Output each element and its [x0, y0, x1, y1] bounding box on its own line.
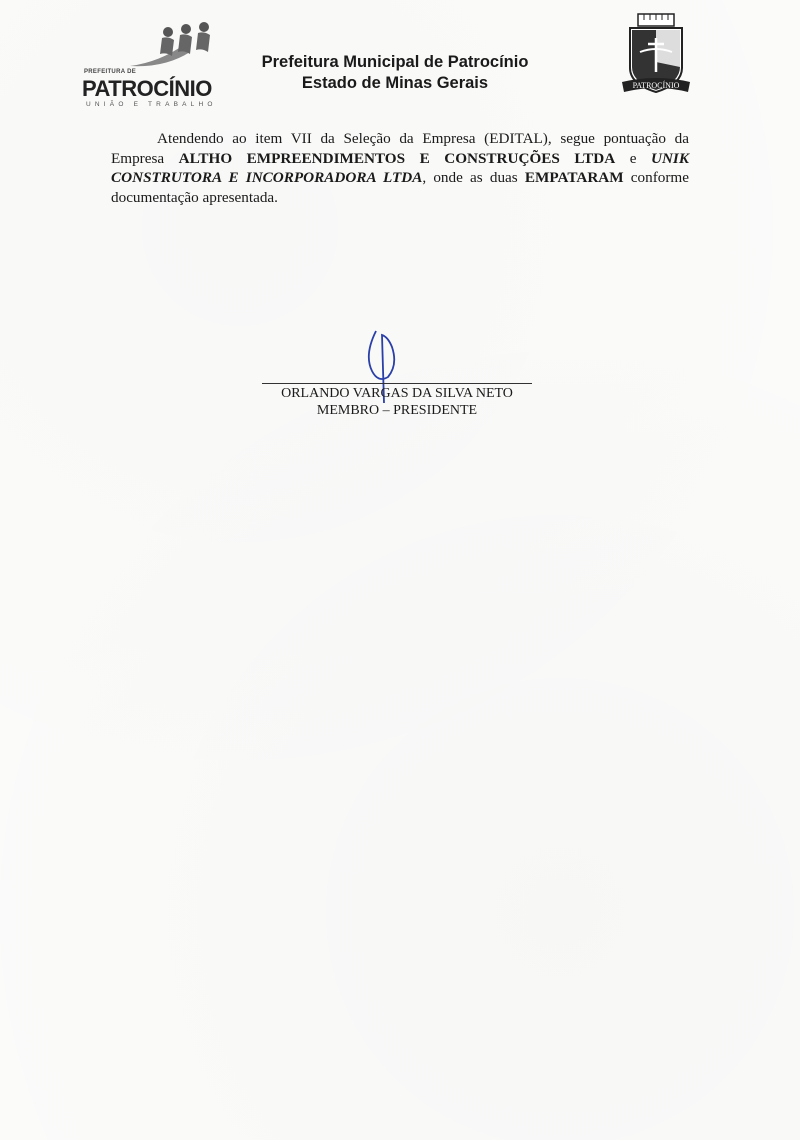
people-icon [130, 22, 220, 68]
header-title-line1: Prefeitura Municipal de Patrocínio [240, 52, 550, 73]
patrocinio-logo: PREFEITURA DE PATROCÍNIO UNIÃO E TRABALH… [78, 22, 228, 104]
logo-name: PATROCÍNIO [82, 76, 212, 102]
logo-motto: UNIÃO E TRABALHO [86, 101, 217, 108]
signatory-role: MEMBRO – PRESIDENTE [262, 402, 532, 419]
signature-line [262, 383, 532, 384]
header-title: Prefeitura Municipal de Patrocínio Estad… [240, 52, 550, 94]
logo-prefix: PREFEITURA DE [84, 69, 136, 75]
signatory-name: ORLANDO VARGAS DA SILVA NETO [262, 385, 532, 402]
header-title-line2: Estado de Minas Gerais [240, 73, 550, 94]
signature-block: ORLANDO VARGAS DA SILVA NETO MEMBRO – PR… [262, 325, 532, 425]
company-1: ALTHO EMPREENDIMENTOS E CONSTRUÇÕES LTDA [179, 150, 616, 167]
svg-text:PATROCÍNIO: PATROCÍNIO [633, 80, 680, 90]
body-paragraph: Atendendo ao item VII da Seleção da Empr… [111, 129, 689, 207]
coat-of-arms-icon: PATROCÍNIO [610, 12, 702, 104]
document-body: Atendendo ao item VII da Seleção da Empr… [111, 129, 689, 207]
result-text: EMPATARAM [525, 169, 624, 186]
